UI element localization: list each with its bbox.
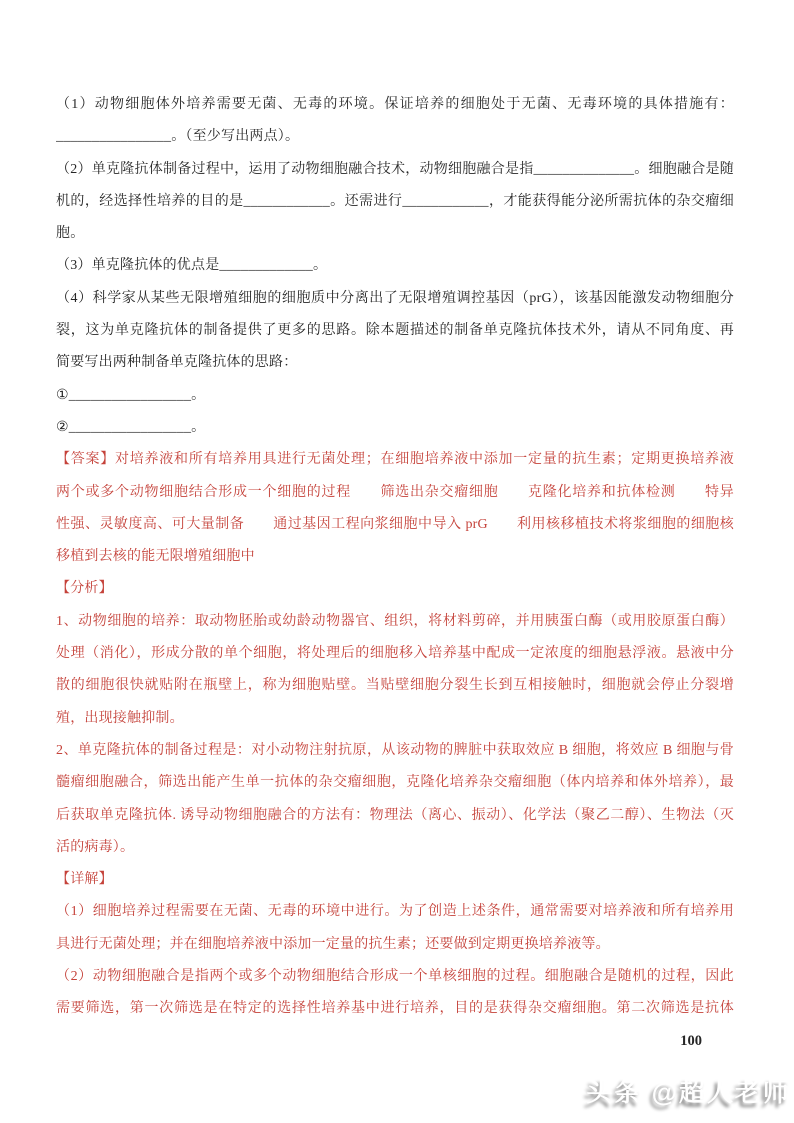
- question-text-line: ________________。（至少写出两点）。: [56, 121, 734, 153]
- question-text-line: （3）单克隆抗体的优点是_____________。: [56, 250, 734, 282]
- document-content: （1）动物细胞体外培养需要无菌、无毒的环境。保证培养的细胞处于无菌、无毒环境的具…: [56, 89, 734, 1026]
- detail-text-line: 具进行无菌处理；并在细胞培养液中添加一定量的抗生素；还要做到定期更换培养液等。: [56, 929, 734, 961]
- question-text-line: 简要写出两种制备单克隆抗体的思路：: [56, 347, 734, 379]
- detail-text-line: 需要筛选，第一次筛选是在特定的选择性培养基中进行培养，目的是获得杂交瘤细胞。第二…: [56, 993, 734, 1025]
- analysis-text-line: 后获取单克隆抗体. 诱导动物细胞融合的方法有：物理法（离心、振动）、化学法（聚乙…: [56, 800, 734, 832]
- analysis-text-line: 活的病毒）。: [56, 832, 734, 864]
- question-text-line: 裂，这为单克隆抗体的制备提供了更多的思路。除本题描述的制备单克隆抗体技术外，请从…: [56, 315, 734, 347]
- question-text-line: 机的，经选择性培养的目的是____________。还需进行__________…: [56, 186, 734, 218]
- analysis-text-line: 散的细胞很快就贴附在瓶壁上，称为细胞贴壁。当贴壁细胞分裂生长到互相接触时，细胞就…: [56, 670, 734, 702]
- detail-text-line: （2）动物细胞融合是指两个或多个动物细胞结合形成一个单核细胞的过程。细胞融合是随…: [56, 961, 734, 993]
- question-text-line: （1）动物细胞体外培养需要无菌、无毒的环境。保证培养的细胞处于无菌、无毒环境的具…: [56, 89, 734, 121]
- analysis-text-line: 1、动物细胞的培养：取动物胚胎或幼龄动物器官、组织，将材料剪碎，并用胰蛋白酶（或…: [56, 606, 734, 638]
- question-text-line: ②_________________。: [56, 412, 734, 444]
- toutiao-watermark: 头条 @超人老师: [586, 1072, 791, 1109]
- answer-text-line: 【答案】对培养液和所有培养用具进行无菌处理；在细胞培养液中添加一定量的抗生素；定…: [56, 444, 734, 476]
- analysis-text-line: 【分析】: [56, 573, 734, 605]
- detail-text-line: （1）细胞培养过程需要在无菌、无毒的环境中进行。为了创造上述条件，通常需要对培养…: [56, 896, 734, 928]
- answer-text-line: 移植到去核的能无限增殖细胞中: [56, 541, 734, 573]
- answer-text-line: 两个或多个动物细胞结合形成一个细胞的过程 筛选出杂交瘤细胞 克隆化培养和抗体检测…: [56, 477, 734, 509]
- page-number: 100: [680, 1033, 702, 1050]
- question-text-line: （4）科学家从某些无限增殖细胞的细胞质中分离出了无限增殖调控基因（prG），该基…: [56, 283, 734, 315]
- analysis-text-line: 殖，出现接触抑制。: [56, 703, 734, 735]
- question-text-line: （2）单克隆抗体制备过程中，运用了动物细胞融合技术，动物细胞融合是指______…: [56, 154, 734, 186]
- question-text-line: ①_________________。: [56, 380, 734, 412]
- answer-text-line: 性强、灵敏度高、可大量制备 通过基因工程向浆细胞中导入 prG 利用核移植技术将…: [56, 509, 734, 541]
- analysis-text-line: 处理（消化），形成分散的单个细胞，将处理后的细胞移入培养基中配成一定浓度的细胞悬…: [56, 638, 734, 670]
- analysis-text-line: 2、单克隆抗体的制备过程是：对小动物注射抗原，从该动物的脾脏中获取效应 B 细胞…: [56, 735, 734, 767]
- question-text-line: 胞。: [56, 218, 734, 250]
- analysis-text-line: 髓瘤细胞融合，筛选出能产生单一抗体的杂交瘤细胞，克隆化培养杂交瘤细胞（体内培养和…: [56, 767, 734, 799]
- document-page: （1）动物细胞体外培养需要无菌、无毒的环境。保证培养的细胞处于无菌、无毒环境的具…: [0, 0, 794, 1123]
- detail-text-line: 【详解】: [56, 864, 734, 896]
